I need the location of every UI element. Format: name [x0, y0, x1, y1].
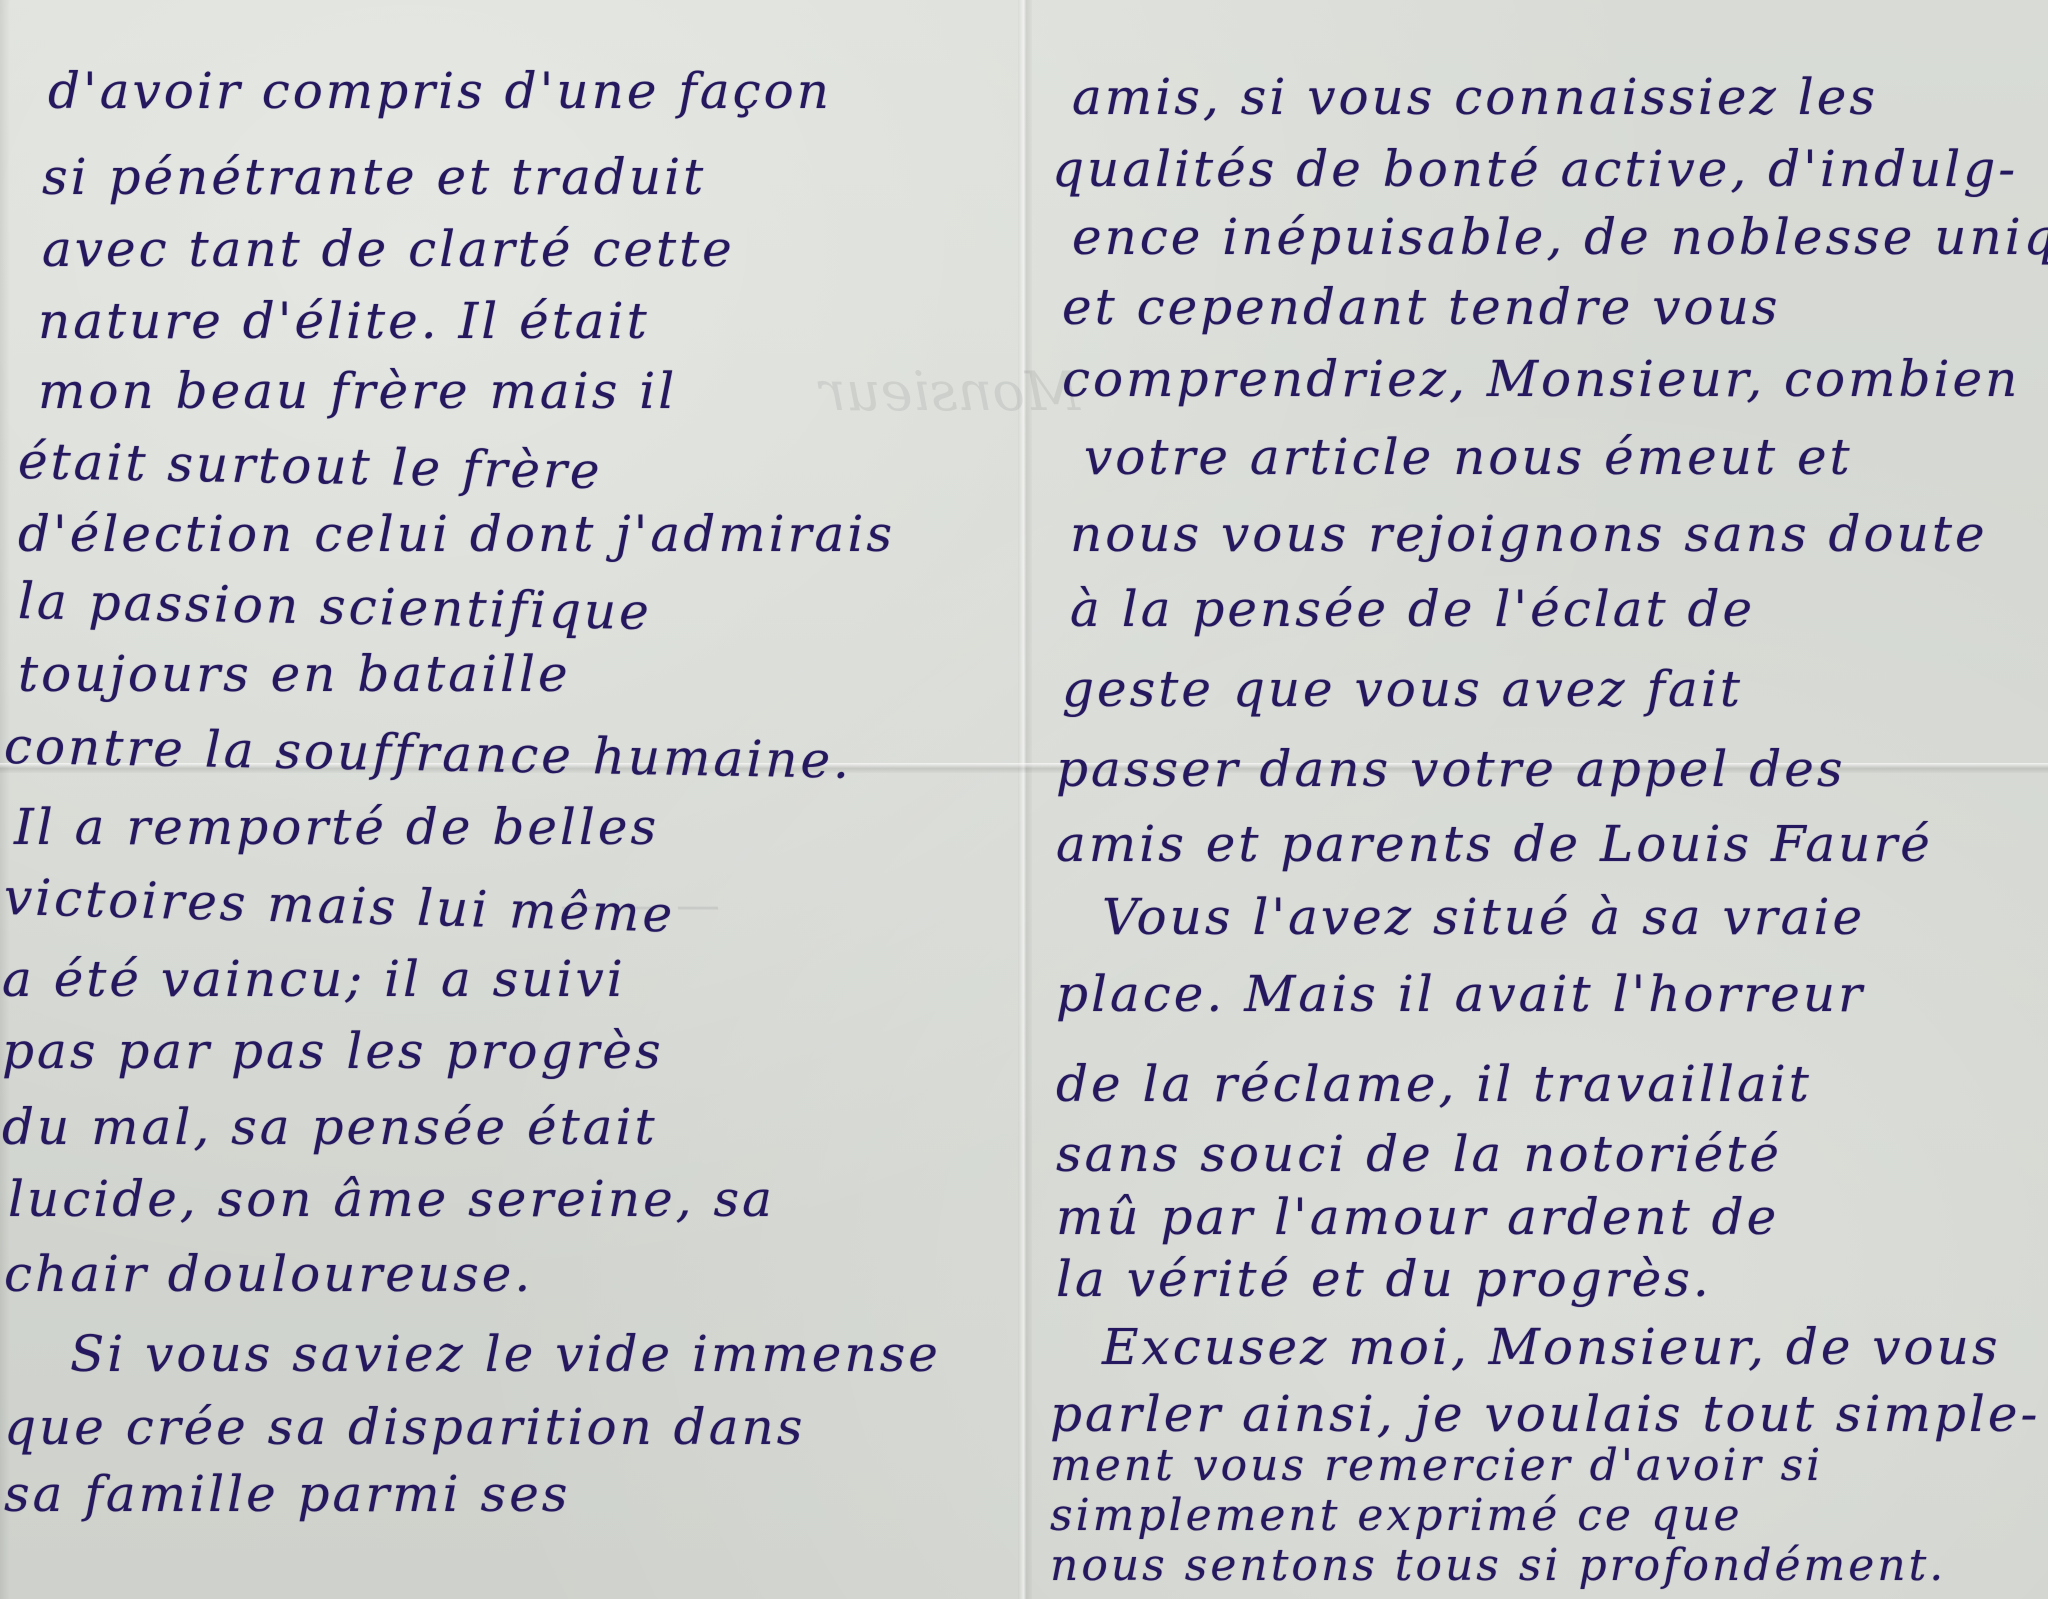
- handwritten-line: était surtout le frère: [17, 432, 603, 500]
- handwritten-line: qualités de bonté active, d'indulg-: [1052, 140, 2018, 198]
- handwritten-line: mon beau frère mais il: [38, 362, 677, 420]
- handwritten-line: d'élection celui dont j'admirais: [18, 505, 895, 563]
- handwritten-line: et cependant tendre vous: [1062, 278, 1780, 336]
- handwritten-line: que crée sa disparition dans: [4, 1398, 805, 1456]
- handwritten-line: Si vous saviez le vide immense: [70, 1325, 941, 1383]
- vertical-fold: [1018, 0, 1032, 1599]
- handwritten-line: place. Mais il avait l'horreur: [1056, 965, 1865, 1023]
- left-page: d'avoir compris d'une façon si pénétrant…: [0, 0, 1018, 1599]
- handwritten-line: sa famille parmi ses: [4, 1465, 570, 1523]
- handwritten-line: chair douloureuse.: [4, 1245, 533, 1303]
- handwritten-line: nous sentons tous si profondément.: [1050, 1540, 1946, 1591]
- handwritten-line: votre article nous émeut et: [1084, 428, 1853, 486]
- handwritten-line: la vérité et du progrès.: [1056, 1250, 1712, 1308]
- handwritten-line: toujours en bataille: [18, 645, 571, 703]
- handwritten-line: ence inépuisable, de noblesse unique: [1072, 208, 2048, 266]
- handwritten-line: geste que vous avez fait: [1062, 660, 1743, 718]
- handwritten-line: Excusez moi, Monsieur, de vous: [1102, 1318, 2001, 1376]
- handwritten-line: nature d'élite. Il était: [38, 292, 650, 350]
- handwritten-line: avec tant de clarté cette: [42, 220, 735, 278]
- handwritten-line: d'avoir compris d'une façon: [48, 62, 832, 120]
- handwritten-line: ment vous remercier d'avoir si: [1050, 1440, 1823, 1491]
- right-page: amis, si vous connaissiez les qualités d…: [1032, 0, 2048, 1599]
- handwritten-line: la passion scientifique: [17, 572, 652, 641]
- letter-sheet: Monsieur — — — d'avoir compris d'une faç…: [0, 0, 2048, 1599]
- handwritten-line: Vous l'avez situé à sa vraie: [1102, 888, 1865, 946]
- handwritten-line: parler ainsi, je voulais tout simple-: [1050, 1385, 2040, 1443]
- handwritten-line: à la pensée de l'éclat de: [1070, 580, 1755, 638]
- handwritten-line: de la réclame, il travaillait: [1056, 1055, 1812, 1113]
- handwritten-line: nous vous rejoignons sans doute: [1070, 505, 1988, 563]
- handwritten-line: si pénétrante et traduit: [42, 148, 706, 206]
- handwritten-line: Il a remporté de belles: [14, 798, 659, 856]
- handwritten-line: du mal, sa pensée était: [2, 1098, 658, 1156]
- handwritten-line: mû par l'amour ardent de: [1056, 1188, 1779, 1246]
- handwritten-line: sans souci de la notoriété: [1056, 1125, 1782, 1183]
- handwritten-line: pas par pas les progrès: [2, 1022, 664, 1080]
- handwritten-line: simplement exprimé ce que: [1050, 1490, 1743, 1541]
- handwritten-line: comprendriez, Monsieur, combien: [1062, 350, 2020, 408]
- handwritten-line: contre la souffrance humaine.: [3, 717, 852, 790]
- handwritten-line: victoires mais lui même: [3, 868, 676, 944]
- handwritten-line: a été vaincu; il a suivi: [2, 950, 626, 1008]
- handwritten-line: lucide, son âme sereine, sa: [8, 1170, 775, 1228]
- handwritten-line: amis, si vous connaissiez les: [1072, 68, 1878, 126]
- handwritten-line: passer dans votre appel des: [1056, 740, 1845, 798]
- handwritten-line: amis et parents de Louis Fauré: [1056, 815, 1933, 873]
